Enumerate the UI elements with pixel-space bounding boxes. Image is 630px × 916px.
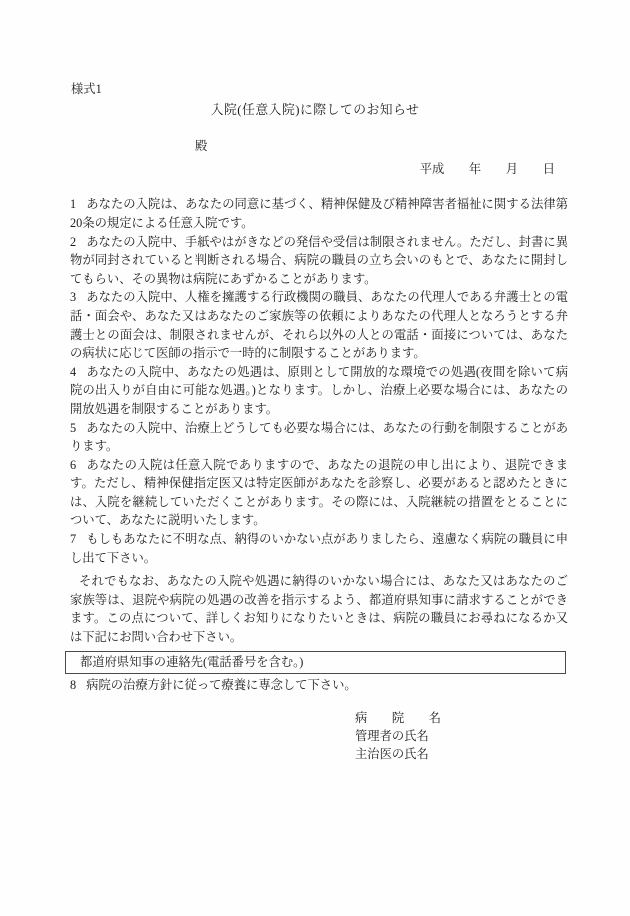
- item-number: 6: [70, 458, 76, 472]
- form-number: 様式1: [71, 80, 630, 99]
- administrator-name-label: 管理者の氏名: [355, 727, 568, 745]
- signature-block: 病 院 名 管理者の氏名 主治医の氏名: [355, 709, 568, 764]
- item-text: あなたの入院中、手紙やはがきなどの発信や受信は制限されません。ただし、封書に異物…: [70, 235, 568, 286]
- item-number: 4: [70, 365, 76, 379]
- item-number: 7: [70, 532, 76, 546]
- item-number: 3: [70, 290, 76, 304]
- item-number: 1: [70, 197, 76, 211]
- notice-item-7: 7もしもあなたに不明な点、納得のいかない点がありましたら、遠慮なく病院の職員に申…: [70, 530, 568, 567]
- notice-item-5: 5あなたの入院中、治療上どうしても必要な場合には、あなたの行動を制限することがあ…: [70, 419, 568, 456]
- notice-item-6: 6あなたの入院は任意入院でありますので、あなたの退院の申し出により、退院できます…: [70, 456, 568, 530]
- governor-contact-box: 都道府県知事の連絡先(電話番号を含む。): [65, 651, 566, 675]
- addressee-suffix: 殿: [195, 139, 207, 153]
- page-title: 入院(任意入院)に際してのお知らせ: [0, 101, 630, 120]
- addressee-line: 殿: [195, 137, 630, 156]
- hospital-name-label: 病 院 名: [355, 709, 568, 727]
- item-number: 8: [70, 678, 76, 692]
- item-text: もしもあなたに不明な点、納得のいかない点がありましたら、遠慮なく病院の職員に申し…: [70, 532, 568, 565]
- notice-item-2: 2あなたの入院中、手紙やはがきなどの発信や受信は制限されません。ただし、封書に異…: [70, 233, 568, 289]
- notice-item-8: 8病院の治療方針に従って療養に専念して下さい。: [70, 676, 568, 695]
- supplement-paragraph: それでもなお、あなたの入院や処遇に納得のいかない場合には、あなた又はあなたのご家…: [70, 572, 568, 646]
- item-text: あなたの入院中、あなたの処遇は、原則として開放的な環境での処遇(夜間を除いて病院…: [70, 365, 568, 416]
- document-page: 様式1 入院(任意入院)に際してのお知らせ 殿 平成 年 月 日 1あなたの入院…: [0, 0, 630, 916]
- item-number: 2: [70, 235, 76, 249]
- notice-item-3: 3あなたの入院中、人権を擁護する行政機関の職員、あなたの代理人である弁護士との電…: [70, 288, 568, 362]
- notice-body: 1あなたの入院は、あなたの同意に基づく、精神保健及び精神障害者福祉に関する法律第…: [70, 195, 568, 763]
- item-text: あなたの入院は任意入院でありますので、あなたの退院の申し出により、退院できます。…: [70, 458, 568, 528]
- notice-item-1: 1あなたの入院は、あなたの同意に基づく、精神保健及び精神障害者福祉に関する法律第…: [70, 195, 568, 232]
- item-text: あなたの入院中、人権を擁護する行政機関の職員、あなたの代理人である弁護士との電話…: [70, 290, 568, 360]
- notice-item-4: 4あなたの入院中、あなたの処遇は、原則として開放的な環境での処遇(夜間を除いて病…: [70, 363, 568, 419]
- item-text: 病院の治療方針に従って療養に専念して下さい。: [86, 678, 357, 692]
- date-line: 平成 年 月 日: [0, 160, 630, 179]
- item-number: 5: [70, 421, 76, 435]
- governor-contact-label: 都道府県知事の連絡先(電話番号を含む。): [80, 655, 303, 669]
- attending-doctor-label: 主治医の氏名: [355, 745, 568, 763]
- item-text: あなたの入院中、治療上どうしても必要な場合には、あなたの行動を制限することがあり…: [70, 421, 568, 454]
- item-text: あなたの入院は、あなたの同意に基づく、精神保健及び精神障害者福祉に関する法律第2…: [70, 197, 568, 230]
